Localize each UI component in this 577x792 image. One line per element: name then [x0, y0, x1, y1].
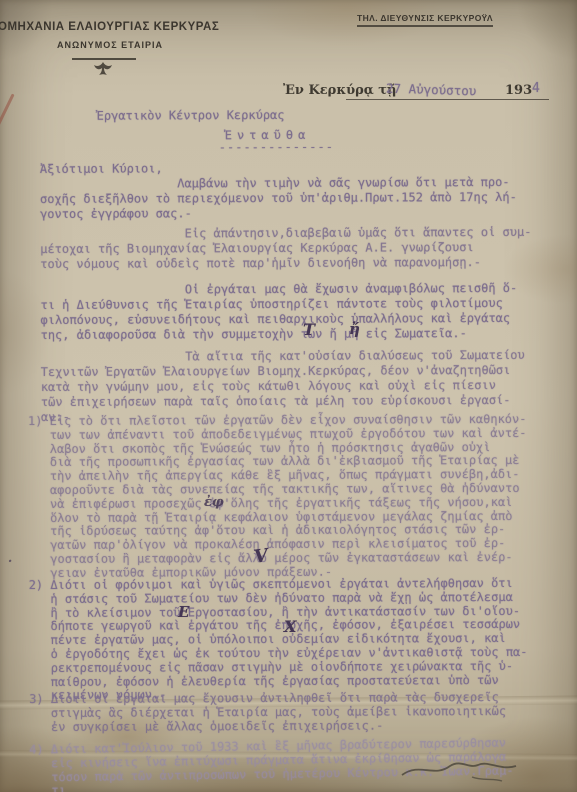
handwritten-epsilon-correction: Ε: [178, 603, 189, 621]
recipient-underline-dashes: --------------: [219, 140, 334, 155]
handwritten-t-correction: Τ: [303, 320, 315, 339]
numbered-item-2: 2) Διότι οἱ φρόνιμοι καὶ ὑγιῶς σκεπτόμεν…: [29, 577, 528, 703]
paragraph-workers-support: Οἱ ἐργάται μας θὰ ἔχωσιν ἀναμφιβόλως πει…: [40, 281, 517, 343]
bottom-pencil-squiggle: [398, 753, 528, 789]
margin-ink-dot: ·: [8, 554, 12, 568]
salutation-and-opening-paragraph: Ἀξιότιμοι Κύριοι, Λαμβάνω τὴν τιμὴν νὰ σ…: [40, 160, 517, 222]
numbered-item-1: 1) Εἰς τὸ ὅτι πλεῖστοι τῶν ἐργατῶν δὲν ε…: [28, 413, 527, 581]
paragraph-reply-assurance: Εἰς ἀπάντησιν,διαβεβαιῶ ὑμᾶς ὅτι ἅπαντες…: [40, 225, 531, 272]
handwritten-ef-correction: ἐφ: [204, 495, 224, 510]
numbered-item-3: 3) Διότι οἱ ἐργάται μας ἔχουσιν ἀντιληφθ…: [29, 691, 506, 734]
scanned-letter-page: ΟΜΗΧΑΝΙΑ ΕΛΑΙΟΥΡΓΙΑΣ ΚΕΡΚΥΡΑΣ ΑΝΩΝΥΜΟΣ Ε…: [0, 0, 577, 792]
handwritten-caret-mark: V: [253, 545, 270, 568]
typed-body-layer: Ἐργατικὸν Κέντρον Κερκύρας Ἐνταῦθα -----…: [0, 0, 577, 792]
recipient-name: Ἐργατικὸν Κέντρον Κερκύρας: [97, 108, 285, 123]
handwritten-chi-correction: Χ: [284, 617, 296, 636]
handwritten-eta-correction: ἤ: [349, 320, 360, 338]
